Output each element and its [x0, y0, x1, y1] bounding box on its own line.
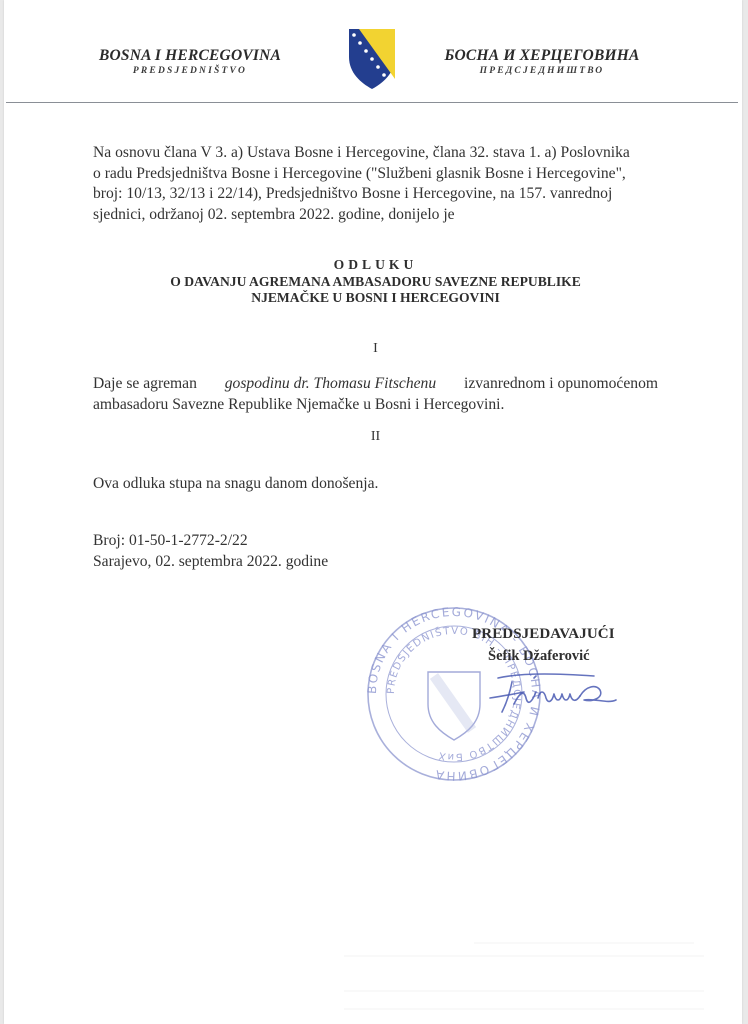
letterhead-right-subtitle: ПРЕДСЈЕДНИШТВО — [432, 65, 652, 78]
bleed-through-mark — [344, 990, 704, 992]
place-and-date: Sarajevo, 02. septembra 2022. godine — [93, 552, 646, 573]
decision-subtitle-line: O DAVANJU AGREMANA AMBASADORU SAVEZNE RE… — [93, 274, 658, 291]
reference-number: Broj: 01-50-1-2772-2/22 — [93, 531, 646, 552]
letterhead-right: БОСНА И ХЕРЦЕГОВИНА ПРЕДСЈЕДНИШТВО — [432, 47, 652, 78]
letterhead-left-title: BOSNA I HERCEGOVINA — [80, 47, 300, 65]
signatory-role: PREDSJEDAVAJUĆI — [472, 626, 615, 643]
reference-block: Broj: 01-50-1-2772-2/22 Sarajevo, 02. se… — [93, 531, 646, 572]
decision-title: ODLUKU — [93, 257, 658, 274]
handwritten-signature-icon — [484, 668, 634, 720]
letterhead-left: BOSNA I HERCEGOVINA PREDSJEDNIŠTVO — [80, 47, 300, 78]
decision-subtitle-line: NJEMAČKE U BOSNI I HERCEGOVINI — [93, 290, 658, 307]
section-number-2: II — [93, 429, 658, 445]
signatory-name: Šefik Džaferović — [488, 648, 590, 665]
bleed-through-mark — [344, 1008, 704, 1010]
section-number-1: I — [93, 341, 658, 357]
bleed-through-mark — [344, 955, 704, 957]
coat-of-arms-icon — [345, 27, 399, 91]
section-2-text: Ova odluka stupa na snagu danom donošenj… — [93, 474, 646, 495]
decision-title-block: ODLUKU O DAVANJU AGREMANA AMBASADORU SAV… — [93, 257, 658, 307]
header-divider — [6, 102, 738, 103]
section-1-text: Daje se agreman gospodinu dr. Thomasu Fi… — [93, 374, 646, 415]
letterhead-right-title: БОСНА И ХЕРЦЕГОВИНА — [432, 47, 652, 65]
preamble-line: sjednici, održanoj 02. septembra 2022. g… — [93, 205, 646, 226]
preamble-line: broj: 10/13, 32/13 i 22/14), Predsjedniš… — [93, 184, 646, 205]
bleed-through-mark — [474, 942, 694, 944]
letterhead-left-subtitle: PREDSJEDNIŠTVO — [80, 65, 300, 78]
section-1-text-before: Daje se agreman — [93, 374, 197, 395]
preamble-line: Na osnovu člana V 3. a) Ustava Bosne i H… — [93, 143, 646, 164]
preamble-line: o radu Predsjedništva Bosne i Hercegovin… — [93, 164, 646, 185]
section-1-text-after: izvanrednom i opunomoćenom — [464, 374, 658, 395]
section-1-recipient: gospodinu dr. Thomasu Fitschenu — [225, 374, 436, 395]
preamble-paragraph: Na osnovu člana V 3. a) Ustava Bosne i H… — [93, 143, 646, 225]
document-page: BOSNA I HERCEGOVINA PREDSJEDNIŠTVO БОСНА… — [4, 0, 742, 1024]
section-1-text-line2: ambasadoru Savezne Republike Njemačke u … — [93, 395, 646, 416]
